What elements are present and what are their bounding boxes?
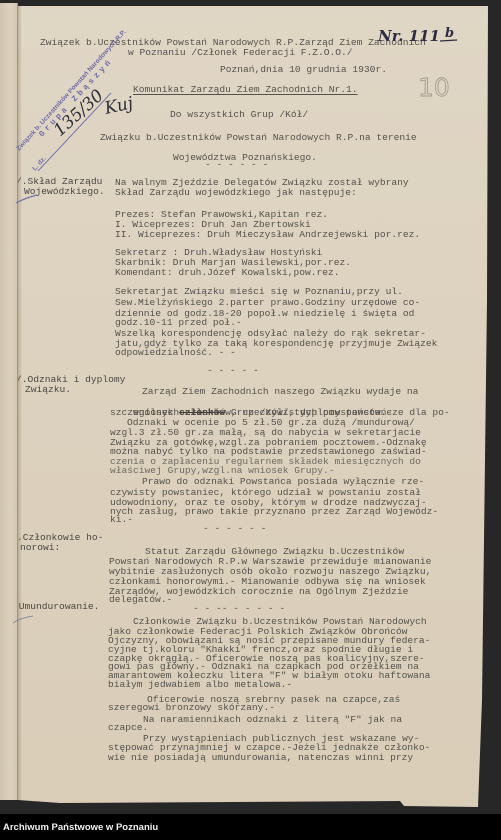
body-line: Prawo do odznaki Powstańca posiada wyłąc… <box>142 477 424 487</box>
document-date: Poznań,dnia 10 grudnia 1930r. <box>220 65 387 75</box>
separator: - - -- - - - - - <box>193 604 285 614</box>
body-line: czapce. <box>108 723 148 733</box>
addressee-line-2: Związku b.Uczestników Powstań Narodowych… <box>100 133 417 143</box>
section-label: Wojewódzkiego. <box>24 187 105 197</box>
previous-page-edge <box>0 3 18 800</box>
body-line: wie nie posiadają umundurowania, natencz… <box>108 753 413 763</box>
body-line: ki.- <box>110 515 133 525</box>
body-line: godz.10-11 przed poł.- <box>115 318 242 328</box>
document-title: Komunikat Zarządu Ziem Zachodnich Nr.1. <box>133 85 358 95</box>
body-line: odpowiedzialność. - - <box>115 348 236 358</box>
separator: - - - - - - <box>203 524 266 534</box>
separator: - - - - - <box>207 366 259 376</box>
body-line: Zarząd Ziem Zachodnich naszego Związku w… <box>142 387 418 397</box>
body-line: Sew.Mielżyńskiego 2.parter prawo.Godziny… <box>115 298 420 308</box>
letterhead-line-2: w Poznaniu /Członek Federacji F.Z.O.O./ <box>128 48 353 58</box>
body-line: szeregowi bronzowy skórzany.- <box>108 703 275 713</box>
body-line: Skład Zarządu wojewódzkiego jak następuj… <box>115 188 357 198</box>
section-label: .Umundurowanie. <box>13 602 99 612</box>
separator: - - - - - - <box>205 160 268 170</box>
body-line: delegatów.- <box>109 595 172 605</box>
body-line: Na naramiennikach odznaki z literą "F" j… <box>143 715 402 725</box>
archive-footer-bar: Archiwum Państwowe w Poznaniu <box>0 814 501 840</box>
addressee-line-1: Do wszystkich Grup /Kół/ <box>170 110 308 120</box>
section-label: norowi: <box>20 543 60 553</box>
body-line: Sekretarjat Związku mieści się w Poznani… <box>115 287 403 297</box>
body-line: Komendant: druh.Józef Kowalski,pow.rez. <box>115 268 340 278</box>
body-line: właściwej Grupy,wzgl.na wniosek Grupy.- <box>110 466 335 476</box>
section-label: Związku. <box>25 385 71 395</box>
body-line: białym jedwabiem albo metalowa.- <box>108 680 292 690</box>
body-line: II. Wiceprezes: Druh Mieczysław Andrzeje… <box>115 230 420 240</box>
page-fold-shadow <box>18 6 22 800</box>
archive-name: Archiwum Państwowe w Poznaniu <box>3 822 158 833</box>
document-page: Związek b.Uczestników Powstań Narodowych… <box>0 0 501 840</box>
body-line: nych zasług, prawo takie przyznano przez… <box>110 507 438 517</box>
